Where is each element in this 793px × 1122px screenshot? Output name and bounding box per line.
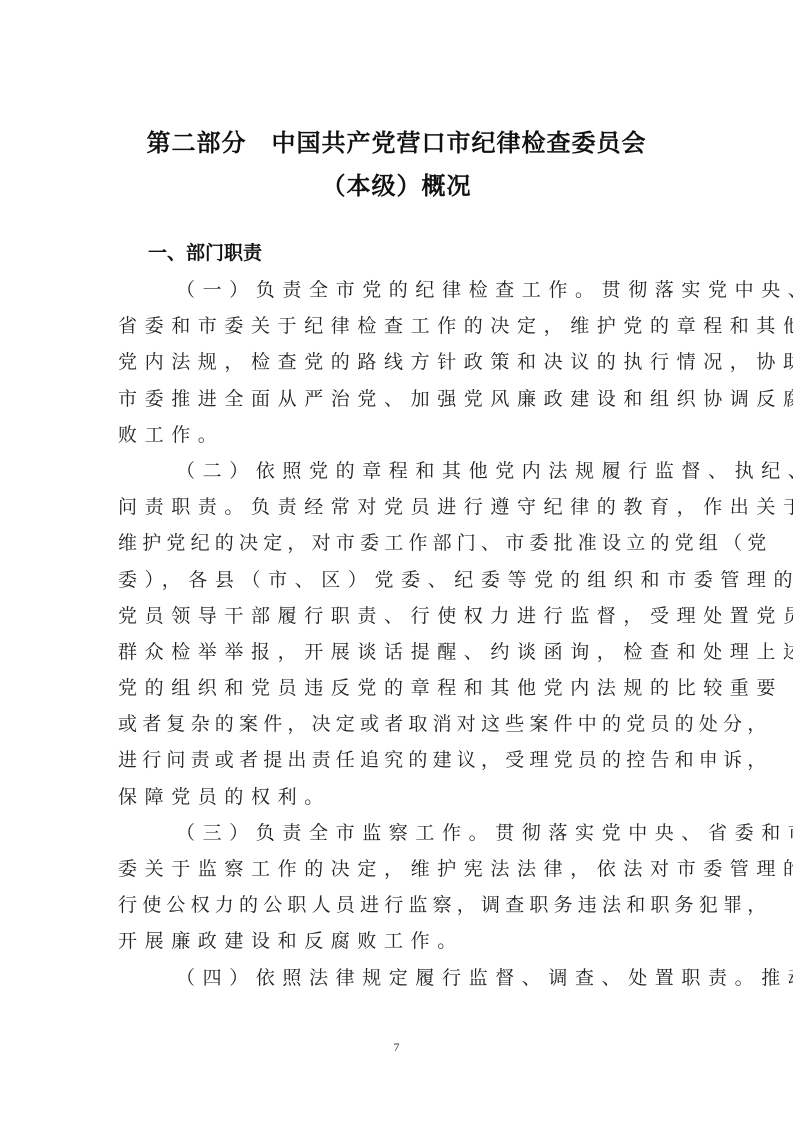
document-page: 第二部分 中国共产党营口市纪律检查委员会 （本级）概况 一、部门职责 （一）负责… — [0, 0, 793, 1122]
paragraph-2-line: 维护党纪的决定，对市委工作部门、市委批准设立的党组（党 — [118, 525, 688, 561]
paragraph-2-line: 群众检举举报，开展谈话提醒、约谈函询，检查和处理上述 — [118, 634, 688, 670]
paragraph-1-line: 市委推进全面从严治党、加强党风廉政建设和组织协调反腐 — [118, 381, 688, 417]
page-title-line-2: （本级）概况 — [0, 166, 793, 201]
paragraph-2-line: 委），各县（市、区）党委、纪委等党的组织和市委管理的 — [118, 562, 688, 598]
body-text: （一）负责全市党的纪律检查工作。贯彻落实党中央、 省委和市委关于纪律检查工作的决… — [118, 272, 688, 996]
paragraph-3-line: 开展廉政建设和反腐败工作。 — [118, 923, 688, 959]
paragraph-2-line: 进行问责或者提出责任追究的建议，受理党员的控告和申诉， — [118, 742, 688, 778]
section-heading: 一、部门职责 — [148, 238, 262, 265]
page-number: 7 — [0, 1040, 793, 1055]
paragraph-3-line: （三）负责全市监察工作。贯彻落实党中央、省委和市 — [118, 815, 688, 851]
paragraph-2-line: 党的组织和党员违反党的章程和其他党内法规的比较重要 — [118, 670, 688, 706]
paragraph-4-line: （四）依照法律规定履行监督、调查、处置职责。推动 — [118, 960, 688, 996]
paragraph-3-line: 委关于监察工作的决定，维护宪法法律，依法对市委管理的 — [118, 851, 688, 887]
paragraph-3-line: 行使公权力的公职人员进行监察，调查职务违法和职务犯罪， — [118, 887, 688, 923]
paragraph-2-line: 或者复杂的案件，决定或者取消对这些案件中的党员的处分， — [118, 706, 688, 742]
paragraph-1-line: 败工作。 — [118, 417, 688, 453]
paragraph-2-line: （二）依照党的章程和其他党内法规履行监督、执纪、 — [118, 453, 688, 489]
paragraph-2-line: 党员领导干部履行职责、行使权力进行监督，受理处置党员 — [118, 598, 688, 634]
page-title-line-1: 第二部分 中国共产党营口市纪律检查委员会 — [0, 123, 793, 158]
paragraph-1-line: 党内法规，检查党的路线方针政策和决议的执行情况，协助 — [118, 344, 688, 380]
paragraph-1-line: （一）负责全市党的纪律检查工作。贯彻落实党中央、 — [118, 272, 688, 308]
paragraph-2-line: 问责职责。负责经常对党员进行遵守纪律的教育，作出关于 — [118, 489, 688, 525]
paragraph-1-line: 省委和市委关于纪律检查工作的决定，维护党的章程和其他 — [118, 308, 688, 344]
paragraph-2-line: 保障党员的权利。 — [118, 779, 688, 815]
